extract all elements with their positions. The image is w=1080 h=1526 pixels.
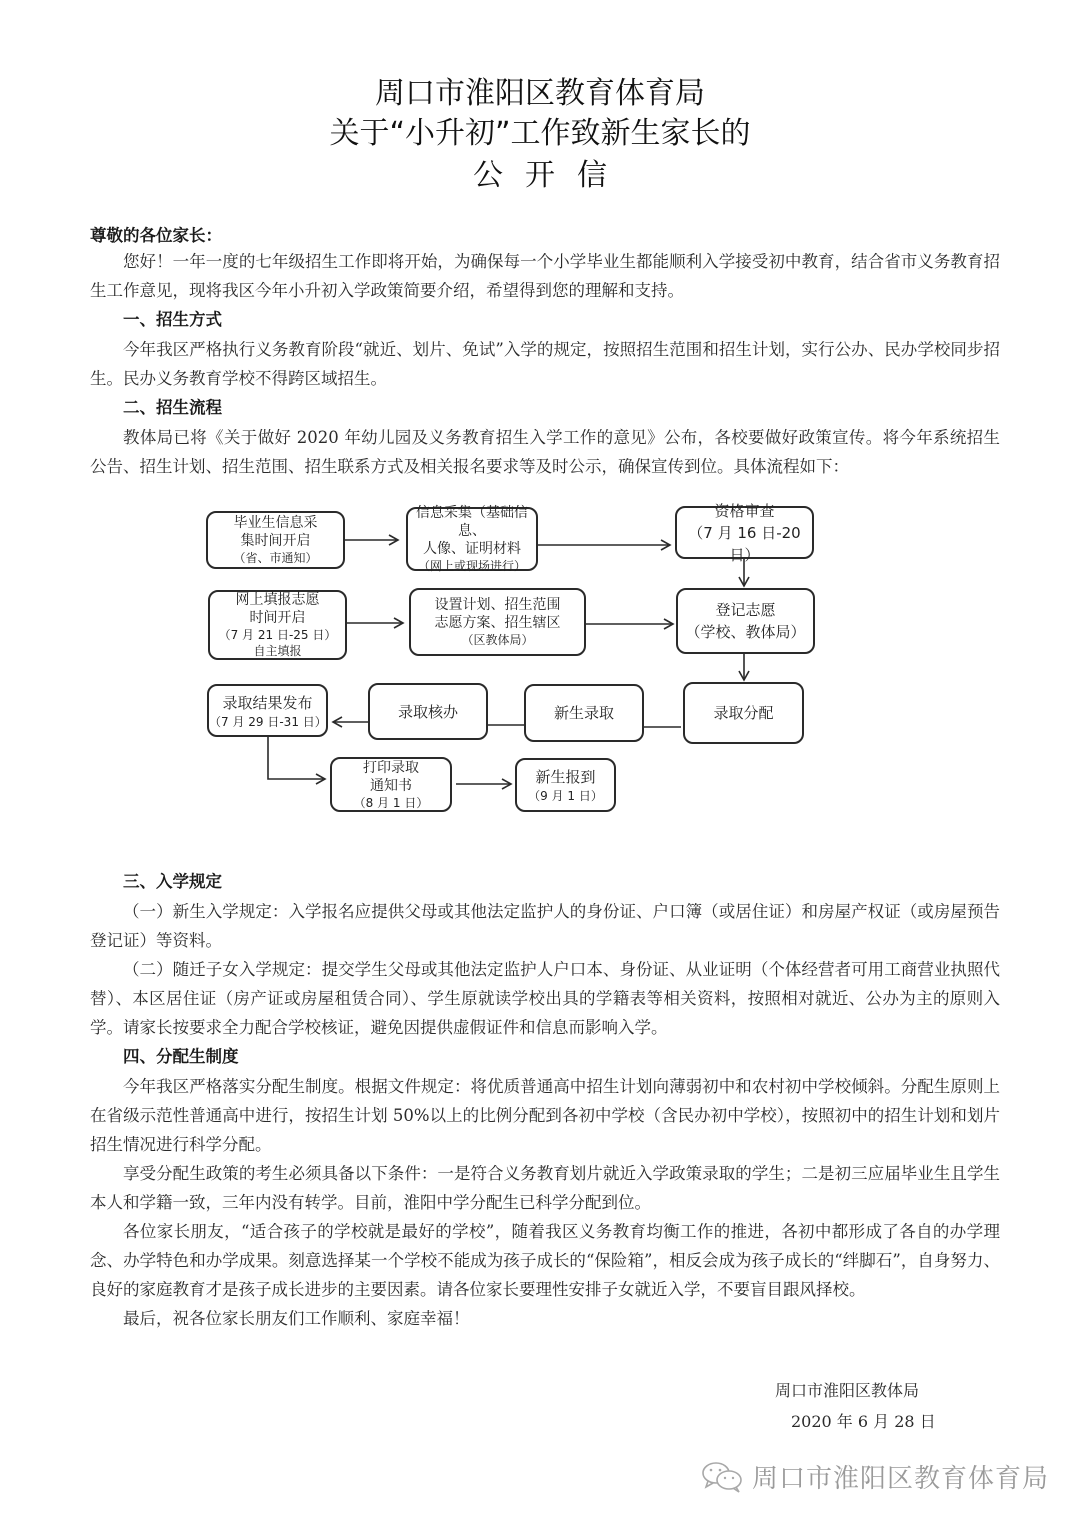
wechat-icon [700,1460,746,1494]
node-subtext: （9 月 1 日） [528,788,603,804]
flow-node-admission-processing: 录取核办 [368,683,488,740]
paragraph: 教体局已将《关于做好 2020 年幼儿园及义务教育招生入学工作的意见》公布，各校… [90,423,1000,481]
flow-node-student-registration: 新生报到 （9 月 1 日） [515,758,616,812]
node-subtext: （省、市通知） [233,550,317,566]
paragraph: （二）随迁子女入学规定：提交学生父母或其他法定监护人户口本、身份证、从业证明（个… [90,955,1000,1042]
node-text: 打印录取 [363,759,419,777]
flow-node-info-collection: 信息采集（基础信息、 人像、证明材料 （网上或现场进行） [406,507,538,571]
section-heading-recruitment-method: 一、招生方式 [90,305,1000,335]
paragraph: 今年我区严格执行义务教育阶段“就近、划片、免试”入学的规定，按照招生范围和招生计… [90,335,1000,393]
section-heading-enrollment-rules: 三、入学规定 [90,867,1000,897]
node-text: （7 月 16 日-20 日） [677,522,812,566]
node-text: 人像、证明材料 [423,540,521,558]
node-subtext: （区教体局） [461,632,533,648]
node-text: 集时间开启 [241,532,311,550]
node-text: 通知书 [370,777,412,795]
node-text: 录取分配 [713,702,773,724]
node-text: 志愿方案、招生辖区 [435,614,561,632]
node-subtext: （网上或现场进行） [418,558,526,574]
paragraph: 最后，祝各位家长朋友们工作顺利、家庭幸福！ [90,1304,1000,1333]
node-text: 录取核办 [398,701,458,723]
node-text: 新生报到 [535,766,595,788]
node-text: 录取结果发布 [222,692,312,714]
section-heading-recruitment-process: 二、招生流程 [90,393,1000,423]
paragraph: 各位家长朋友，“适合孩子的学校就是最好的学校”，随着我区义务教育均衡工作的推进，… [90,1217,1000,1304]
section-heading-allocation-system: 四、分配生制度 [90,1042,1000,1072]
salutation: 尊敬的各位家长： [90,222,222,246]
signature-date: 2020 年 6 月 28 日 [791,1409,936,1432]
flow-node-admission-allocation: 录取分配 [683,682,804,744]
document-title-line2: 关于“小升初”工作致新生家长的 [0,116,1080,152]
flow-node-result-release: 录取结果发布 （7 月 29 日-31 日） [207,684,328,737]
watermark-text: 周口市淮阳区教育体育局 [752,1458,1049,1495]
flow-node-qualification-review: 资格审查 （7 月 16 日-20 日） [675,506,814,559]
node-text: 登记志愿 [715,599,775,621]
document-title-line3: 公开信 [0,158,1080,194]
intro-paragraph: 您好！一年一度的七年级招生工作即将开始，为确保每一个小学毕业生都能顺利入学接受初… [90,247,1000,305]
node-text: 新生录取 [554,702,614,724]
node-subtext: （7 月 21 日-25 日） [219,627,337,643]
paragraph: （一）新生入学规定：入学报名应提供父母或其他法定监护人的身份证、户口簿（或居住证… [90,897,1000,955]
node-text: 设置计划、招生范围 [435,596,561,614]
node-text: 资格审查 [714,500,774,522]
node-subtext: （7 月 29 日-31 日） [209,714,326,730]
node-text: 信息采集（基础信息、 [408,504,536,540]
node-text: 网上填报志愿 [236,591,320,609]
paragraph: 今年我区严格落实分配生制度。根据文件规定：将优质普通高中招生计划向薄弱初中和农村… [90,1072,1000,1159]
flow-node-graduate-info-open: 毕业生信息采 集时间开启 （省、市通知） [206,511,345,569]
flow-node-online-application: 网上填报志愿 时间开启 （7 月 21 日-25 日） 自主填报 [208,590,347,660]
node-subtext: （8 月 1 日） [354,795,429,811]
letter-body-top: 您好！一年一度的七年级招生工作即将开始，为确保每一个小学毕业生都能顺利入学接受初… [90,247,1000,481]
node-text: （学校、教体局） [685,621,805,643]
node-text: 毕业生信息采 [234,514,318,532]
flow-node-new-student-admission: 新生录取 [524,684,644,742]
signature-org: 周口市淮阳区教体局 [775,1378,919,1401]
flow-node-set-plan: 设置计划、招生范围 志愿方案、招生辖区 （区教体局） [409,588,586,656]
node-subtext: 自主填报 [253,643,301,659]
node-text: 时间开启 [250,609,306,627]
flow-node-register-preference: 登记志愿 （学校、教体局） [676,588,815,654]
paragraph: 享受分配生政策的考生必须具备以下条件：一是符合义务教育划片就近入学政策录取的学生… [90,1159,1000,1217]
flow-node-print-notice: 打印录取 通知书 （8 月 1 日） [330,757,452,812]
document-title-line1: 周口市淮阳区教育体育局 [0,76,1080,112]
letter-body-bottom: 三、入学规定 （一）新生入学规定：入学报名应提供父母或其他法定监护人的身份证、户… [90,867,1000,1333]
watermark: 周口市淮阳区教育体育局 [700,1458,1049,1495]
